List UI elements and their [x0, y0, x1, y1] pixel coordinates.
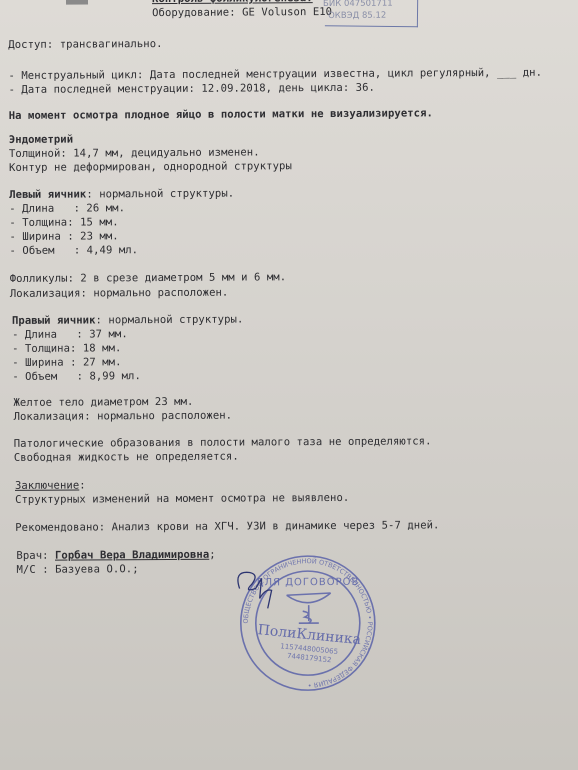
left-ovary-title: Левый яичник	[9, 188, 86, 200]
right-ovary-status: : нормальной структуры.	[96, 314, 244, 327]
access-line: Доступ: трансвагинально.	[8, 38, 162, 52]
equipment-label: Оборудование:	[152, 7, 236, 20]
endometrium-contour: Контур не деформирован, однородной струк…	[9, 160, 292, 175]
cycle-line-1: - Менструальный цикл: Дата последней мен…	[8, 67, 542, 83]
ovum-note: На момент осмотра плодное яйцо в полости…	[9, 107, 433, 123]
nurse-line: М/С : Базуева О.О.;	[16, 563, 138, 577]
redaction-mark	[66, 0, 88, 5]
recommendation: Рекомендовано: Анализ крови на ХГЧ. УЗИ …	[15, 519, 439, 535]
right-ovary-localization: Локализация: нормально расположен.	[14, 410, 233, 424]
equipment-line: Оборудование: GE Voluson E10	[152, 6, 332, 20]
right-ovary-thickness: - Толщина: 18 мм.	[12, 342, 121, 356]
endometrium-title: Эндометрий	[9, 134, 73, 147]
doctor-signature	[231, 558, 291, 618]
conclusion-title: Заключение	[15, 480, 79, 492]
pelvis-line-1: Патологические образования в полости мал…	[14, 435, 432, 451]
corpus-luteum: Желтое тело диаметром 23 мм.	[13, 396, 193, 410]
conclusion-text: Структурных изменений на момент осмотра …	[15, 492, 349, 507]
left-ovary-header: Левый яичник: нормальной структуры.	[9, 188, 234, 202]
right-ovary-title: Правый яичник	[12, 314, 96, 327]
left-ovary-follicles: Фолликулы: 2 в срезе диаметром 5 мм и 6 …	[10, 271, 286, 286]
right-ovary-header: Правый яичник: нормальной структуры.	[12, 314, 243, 328]
pelvis-line-2: Свободная жидкость не определяется.	[14, 451, 239, 465]
document-page: Контроль фолликулогенеза. Оборудование: …	[0, 0, 578, 770]
bowl-of-hygieia-icon	[287, 593, 331, 623]
left-ovary-width: - Ширина : 23 мм.	[9, 230, 118, 244]
left-ovary-localization: Локализация: нормально расположен.	[10, 287, 229, 301]
right-ovary-width: - Ширина : 27 мм.	[12, 356, 121, 370]
left-ovary-thickness: - Толщина: 15 мм.	[9, 216, 118, 230]
stamp-okved: ОКВЭД 85.12	[328, 11, 386, 21]
equipment-value: GE Voluson E10	[242, 6, 332, 19]
right-ovary-volume: - Объем : 8,99 мл.	[12, 370, 141, 384]
conclusion-header: Заключение:	[15, 479, 86, 492]
cycle-line-2: - Дата последней менструации: 12.09.2018…	[9, 82, 375, 97]
left-ovary-volume: - Объем : 4,49 мл.	[9, 244, 138, 258]
doctor-line: Врач: Горбач Вера Владимировна;	[16, 549, 215, 563]
doctor-name: Горбач Вера Владимировна	[55, 549, 209, 562]
left-ovary-status: : нормальной структуры.	[86, 188, 234, 201]
left-ovary-length: - Длина : 26 мм.	[9, 202, 125, 216]
endometrium-thickness: Толщиной: 14,7 мм, децидуально изменен.	[9, 146, 260, 161]
stamp-bik: БИК 047501711	[323, 0, 393, 9]
right-ovary-length: - Длина : 37 мм.	[12, 328, 128, 342]
header-top-line: Контроль фолликулогенеза.	[152, 0, 313, 6]
